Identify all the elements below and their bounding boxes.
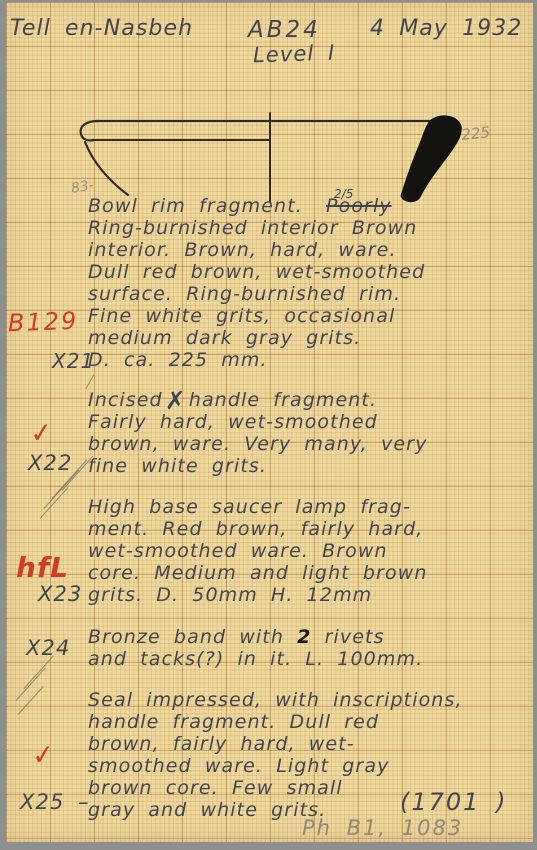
entry1-line2: Ring-burnished interior Brown	[88, 218, 417, 239]
locus-label: AB24	[248, 17, 321, 43]
photo-reference-note: Ph B1, 1083	[302, 816, 463, 840]
margin-mark-x25: X25 –	[20, 790, 90, 814]
entry1-line7: medium dark gray grits.	[88, 328, 361, 349]
entry1-line5: surface. Ring-burnished rim.	[88, 284, 401, 305]
entry3-line3: wet-smoothed ware. Brown	[88, 541, 388, 562]
entry1-line6: Fine white grits, occasional	[88, 306, 395, 327]
record-card-page: Tell en-Nasbeh AB24 4 May 1932 Level I 2…	[0, 0, 537, 850]
entry1-line8: D. ca. 225 mm.	[88, 350, 268, 371]
entry4-line2: and tacks(?) in it. L. 100mm.	[88, 649, 423, 670]
red-check-mark-2: ✓	[30, 739, 56, 772]
entry1-line4: Dull red brown, wet-smoothed	[88, 262, 425, 283]
registration-number-note: (1701 )	[400, 788, 507, 816]
margin-mark-b129: B129	[8, 307, 79, 337]
margin-mark-x22: X22	[28, 451, 72, 475]
diameter-pencil-label: 225	[461, 123, 491, 144]
entry2-line4: fine white grits.	[88, 456, 267, 477]
margin-mark-x24: X24	[26, 636, 70, 660]
entry4-line1: Bronze band with 2 rivets	[88, 627, 385, 648]
rivet-count: 2	[297, 626, 311, 648]
entry2-line2: Fairly hard, wet-smoothed	[88, 412, 378, 433]
rim-section-silhouette	[401, 116, 461, 202]
entry2-line3: brown, ware. Very many, very	[88, 434, 427, 455]
entry5-line2: handle fragment. Dull red	[88, 712, 379, 733]
entry1-line3: interior. Brown, hard, ware.	[88, 240, 397, 261]
pencil-note-83: 83-	[70, 177, 95, 197]
entry3-line4: core. Medium and light brown	[88, 563, 427, 584]
red-check-mark-1: ✓	[28, 417, 54, 450]
margin-mark-hfl: hfL	[16, 551, 69, 584]
struck-word-poorly: Poorly2/5	[326, 195, 392, 217]
fraction-annotation: 2/5	[334, 184, 353, 205]
entry3-line1: High base saucer lamp frag-	[88, 497, 411, 518]
site-name: Tell en-Nasbeh	[10, 16, 193, 41]
margin-mark-x21: X21	[52, 349, 94, 373]
entry5-line6: gray and white grits.	[88, 800, 326, 821]
entry3-line2: ment. Red brown, fairly hard,	[88, 519, 423, 540]
entry1-line1-text: Bowl rim fragment.	[88, 195, 303, 217]
date-label: 4 May 1932	[370, 16, 522, 41]
entry1-line1: Bowl rim fragment. Poorly2/5	[88, 196, 392, 217]
entry3-line5: grits. D. 50mm H. 12mm	[88, 585, 372, 606]
margin-mark-x23: X23	[38, 582, 82, 606]
entry5-line4: smoothed ware. Light gray	[88, 756, 389, 777]
entry5-line1: Seal impressed, with inscriptions,	[88, 690, 463, 711]
entry5-line3: brown, fairly hard, wet-	[88, 734, 355, 755]
level-label: Level I	[253, 41, 336, 68]
rim-outline	[81, 121, 98, 140]
entry2-line1: Incised✗handle fragment.	[88, 390, 377, 411]
entry5-line5: brown core. Few small	[88, 778, 343, 799]
